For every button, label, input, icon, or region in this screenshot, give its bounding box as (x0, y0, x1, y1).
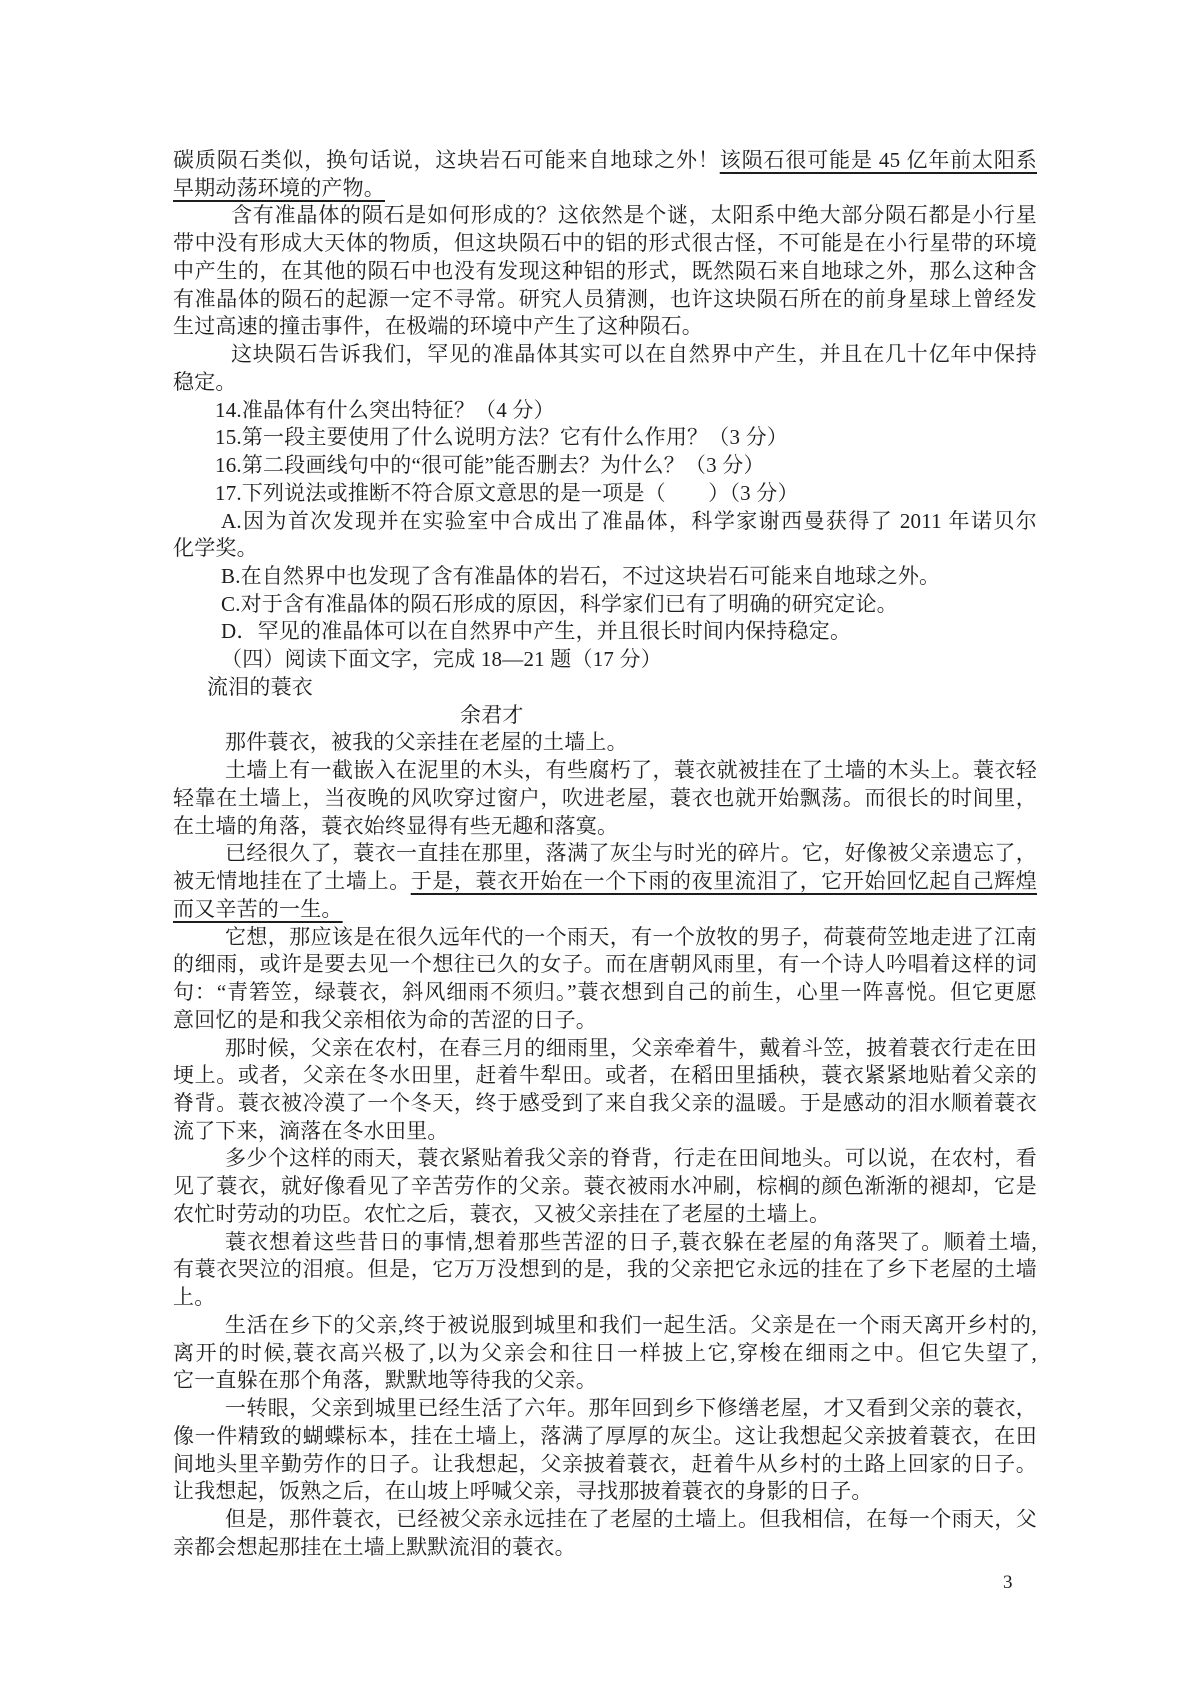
plain-text: 一转眼，父亲到城里已经生活了六年。那年回到乡下修缮老屋，才又看到父亲的蓑衣， (225, 1396, 1037, 1420)
plain-text: D．罕见的准晶体可以在自然界中产生，并且很长时间内保持稳定。 (221, 619, 851, 643)
plain-text: A.因为首次发现并在实验室中合成出了准晶体，科学家谢西曼获得了 2011 年诺贝… (221, 509, 1037, 533)
plain-text: 但是，那件蓑衣，已经被父亲永远挂在了老屋的土墙上。但我相信，在每一个雨天，父 (225, 1507, 1037, 1531)
plain-text: 流了下来，滴落在冬水田里。 (173, 1119, 449, 1143)
text-line: 那件蓑衣，被我的父亲挂在老屋的土墙上。 (173, 729, 1037, 757)
plain-text: 的细雨，或许是要去见一个想往已久的女子。而在唐朝风雨里，有一个诗人吟唱着这样的词 (173, 952, 1037, 976)
plain-text: 这块陨石告诉我们，罕见的准晶体其实可以在自然界中产生，并且在几十亿年中保持 (231, 342, 1037, 366)
plain-text: 让我想起，饭熟之后，在山坡上呼喊父亲，寻找那披着蓑衣的身影的日子。 (173, 1479, 873, 1503)
text-line: C.对于含有准晶体的陨石形成的原因，科学家们已有了明确的研究定论。 (173, 591, 1037, 619)
plain-text: 多少个这样的雨天，蓑衣紧贴着我父亲的脊背，行走在田间地头。可以说，在农村，看 (225, 1146, 1037, 1170)
plain-text: 17.下列说法或推断不符合原文意思的是一项是（ ）（3 分） (215, 481, 799, 505)
text-line: 意回忆的是和我父亲相依为命的苦涩的日子。 (173, 1007, 1037, 1035)
text-line: 有蓑衣哭泣的泪痕。但是，它万万没想到的是，我的父亲把它永远的挂在了乡下老屋的土墙 (173, 1256, 1037, 1284)
text-line: 脊背。蓑衣被冷漠了一个冬天，终于感受到了来自我父亲的温暖。于是感动的泪水顺着蓑衣 (173, 1090, 1037, 1118)
plain-text: 化学奖。 (173, 536, 258, 560)
text-line: 间地头里辛勤劳作的日子。让我想起，父亲披着蓑衣，赶着牛从乡村的土路上回家的日子。 (173, 1451, 1037, 1479)
plain-text: C.对于含有准晶体的陨石形成的原因，科学家们已有了明确的研究定论。 (221, 592, 898, 616)
text-line: 生过高速的撞击事件，在极端的环境中产生了这种陨石。 (173, 313, 1037, 341)
plain-text: B.在自然界中也发现了含有准晶体的岩石，不过这块岩石可能来自地球之外。 (221, 564, 940, 588)
text-line: 土墙上有一截嵌入在泥里的木头，有些腐朽了，蓑衣就被挂在了土墙的木头上。蓑衣轻 (173, 757, 1037, 785)
plain-text: 上。 (173, 1285, 215, 1309)
text-line: 见了蓑衣，就好像看见了辛苦劳作的父亲。蓑衣被雨水冲刷，棕榈的颜色渐渐的褪却，它是 (173, 1173, 1037, 1201)
plain-text: 生活在乡下的父亲,终于被说服到城里和我们一起生活。父亲是在一个雨天离开乡村的, (225, 1313, 1037, 1337)
plain-text: 见了蓑衣，就好像看见了辛苦劳作的父亲。蓑衣被雨水冲刷，棕榈的颜色渐渐的褪却，它是 (173, 1174, 1037, 1198)
plain-text: 被无情地挂在了土墙上。 (173, 869, 411, 893)
text-line: 让我想起，饭熟之后，在山坡上呼喊父亲，寻找那披着蓑衣的身影的日子。 (173, 1478, 1037, 1506)
text-line: 有准晶体的陨石的起源一定不寻常。研究人员猜测，也许这块陨石所在的前身星球上曾经发 (173, 286, 1037, 314)
text-line: D．罕见的准晶体可以在自然界中产生，并且很长时间内保持稳定。 (173, 618, 1037, 646)
plain-text: 稳定。 (173, 370, 237, 394)
plain-text: 那件蓑衣，被我的父亲挂在老屋的土墙上。 (225, 730, 628, 754)
text-line: 像一件精致的蝴蝶标本，挂在土墙上，落满了厚厚的灰尘。这让我想起父亲披着蓑衣，在田 (173, 1423, 1037, 1451)
text-line: 多少个这样的雨天，蓑衣紧贴着我父亲的脊背，行走在田间地头。可以说，在农村，看 (173, 1145, 1037, 1173)
plain-text: 有蓑衣哭泣的泪痕。但是，它万万没想到的是，我的父亲把它永远的挂在了乡下老屋的土墙 (173, 1257, 1037, 1281)
underlined-text: 早期动荡环境的产物。 (173, 176, 385, 200)
text-line: 被无情地挂在了土墙上。于是，蓑衣开始在一个下雨的夜里流泪了，它开始回忆起自己辉煌 (173, 868, 1037, 896)
plain-text: 15.第一段主要使用了什么说明方法？它有什么作用？（3 分） (215, 425, 788, 449)
plain-text: 意回忆的是和我父亲相依为命的苦涩的日子。 (173, 1008, 597, 1032)
plain-text: 离开的时候,蓑衣高兴极了,以为父亲会和往日一样披上它,穿梭在细雨之中。但它失望了… (173, 1341, 1037, 1365)
plain-text: 间地头里辛勤劳作的日子。让我想起，父亲披着蓑衣，赶着牛从乡村的土路上回家的日子。 (173, 1452, 1037, 1476)
plain-text: 土墙上有一截嵌入在泥里的木头，有些腐朽了，蓑衣就被挂在了土墙的木头上。蓑衣轻 (225, 758, 1037, 782)
text-line: 的细雨，或许是要去见一个想往已久的女子。而在唐朝风雨里，有一个诗人吟唱着这样的词 (173, 951, 1037, 979)
essay-title-line: 流泪的蓑衣 (173, 674, 1037, 702)
plain-text: 在土墙的角落，蓑衣始终显得有些无趣和落寞。 (173, 814, 618, 838)
plain-text: 14.准晶体有什么突出特征？（4 分） (215, 398, 555, 422)
plain-text: 那时候，父亲在农村，在春三月的细雨里，父亲牵着牛，戴着斗笠，披着蓑衣行走在田 (225, 1036, 1037, 1060)
text-line: 一转眼，父亲到城里已经生活了六年。那年回到乡下修缮老屋，才又看到父亲的蓑衣， (173, 1395, 1037, 1423)
plain-text: 句：“青箬笠，绿蓑衣，斜风细雨不须归。”蓑衣想到自己的前生，心里一阵喜悦。但它更… (173, 980, 1037, 1004)
plain-text: 流泪的蓑衣 (207, 675, 313, 699)
text-line: 离开的时候,蓑衣高兴极了,以为父亲会和往日一样披上它,穿梭在细雨之中。但它失望了… (173, 1340, 1037, 1368)
plain-text: 它一直躲在那个角落，默默地等待我的父亲。 (173, 1368, 597, 1392)
plain-text: 已经很久了，蓑衣一直挂在那里，落满了灰尘与时光的碎片。它，好像被父亲遗忘了， (225, 841, 1037, 865)
page-number: 3 (1003, 1570, 1013, 1596)
text-line: 碳质陨石类似，换句话说，这块岩石可能来自地球之外！该陨石很可能是 45 亿年前太… (173, 147, 1037, 175)
text-line: 句：“青箬笠，绿蓑衣，斜风细雨不须归。”蓑衣想到自己的前生，心里一阵喜悦。但它更… (173, 979, 1037, 1007)
plain-text: 中产生的，在其他的陨石中也没有发现这种铝的形式，既然陨石来自地球之外，那么这种含 (173, 259, 1037, 283)
text-block: 碳质陨石类似，换句话说，这块岩石可能来自地球之外！该陨石很可能是 45 亿年前太… (173, 147, 1037, 1561)
plain-text: 它想，那应该是在很久远年代的一个雨天，有一个放牧的男子，荷蓑荷笠地走进了江南 (225, 925, 1037, 949)
plain-text: 生过高速的撞击事件，在极端的环境中产生了这种陨石。 (173, 314, 703, 338)
underlined-text: 该陨石很可能是 45 亿年前太阳系 (720, 148, 1037, 172)
text-line: 埂上。或者，父亲在冬水田里，赶着牛犁田。或者，在稻田里插秧，蓑衣紧紧地贴着父亲的 (173, 1062, 1037, 1090)
text-line: 14.准晶体有什么突出特征？（4 分） (173, 397, 1037, 425)
text-line: B.在自然界中也发现了含有准晶体的岩石，不过这块岩石可能来自地球之外。 (173, 563, 1037, 591)
text-line: 上。 (173, 1284, 1037, 1312)
text-line: 那时候，父亲在农村，在春三月的细雨里，父亲牵着牛，戴着斗笠，披着蓑衣行走在田 (173, 1035, 1037, 1063)
text-line: 稳定。 (173, 369, 1037, 397)
text-line: 它想，那应该是在很久远年代的一个雨天，有一个放牧的男子，荷蓑荷笠地走进了江南 (173, 924, 1037, 952)
document-page: 碳质陨石类似，换句话说，这块岩石可能来自地球之外！该陨石很可能是 45 亿年前太… (0, 0, 1200, 1698)
plain-text: 轻靠在土墙上，当夜晚的风吹穿过窗户，吹进老屋，蓑衣也就开始飘荡。而很长的时间里， (173, 786, 1037, 810)
text-line: 这块陨石告诉我们，罕见的准晶体其实可以在自然界中产生，并且在几十亿年中保持 (173, 341, 1037, 369)
text-line: 16.第二段画线句中的“很可能”能否删去？为什么？（3 分） (173, 452, 1037, 480)
text-line: 农忙时劳动的功臣。农忙之后，蓑衣，又被父亲挂在了老屋的土墙上。 (173, 1201, 1037, 1229)
text-line: 而又辛苦的一生。 (173, 896, 1037, 924)
text-line: 轻靠在土墙上，当夜晚的风吹穿过窗户，吹进老屋，蓑衣也就开始飘荡。而很长的时间里， (173, 785, 1037, 813)
text-line: A.因为首次发现并在实验室中合成出了准晶体，科学家谢西曼获得了 2011 年诺贝… (173, 508, 1037, 536)
text-line: 亲都会想起那挂在土墙上默默流泪的蓑衣。 (173, 1534, 1037, 1562)
text-line: 它一直躲在那个角落，默默地等待我的父亲。 (173, 1367, 1037, 1395)
plain-text: 亲都会想起那挂在土墙上默默流泪的蓑衣。 (173, 1535, 576, 1559)
underlined-text: 而又辛苦的一生。 (173, 897, 343, 921)
text-line: 含有准晶体的陨石是如何形成的？这依然是个谜，太阳系中绝大部分陨石都是小行星 (173, 202, 1037, 230)
text-line: 流了下来，滴落在冬水田里。 (173, 1118, 1037, 1146)
text-line: 但是，那件蓑衣，已经被父亲永远挂在了老屋的土墙上。但我相信，在每一个雨天，父 (173, 1506, 1037, 1534)
text-line: 带中没有形成大天体的物质，但这块陨石中的铝的形式很古怪，不可能是在小行星带的环境 (173, 230, 1037, 258)
text-line: 化学奖。 (173, 535, 1037, 563)
text-line: 15.第一段主要使用了什么说明方法？它有什么作用？（3 分） (173, 424, 1037, 452)
plain-text: 有准晶体的陨石的起源一定不寻常。研究人员猜测，也许这块陨石所在的前身星球上曾经发 (173, 287, 1037, 311)
text-line: 在土墙的角落，蓑衣始终显得有些无趣和落寞。 (173, 813, 1037, 841)
plain-text: 像一件精致的蝴蝶标本，挂在土墙上，落满了厚厚的灰尘。这让我想起父亲披着蓑衣，在田 (173, 1424, 1037, 1448)
plain-text: 脊背。蓑衣被冷漠了一个冬天，终于感受到了来自我父亲的温暖。于是感动的泪水顺着蓑衣 (173, 1091, 1037, 1115)
underlined-text: 于是，蓑衣开始在一个下雨的夜里流泪了，它开始回忆起自己辉煌 (411, 869, 1037, 893)
plain-text: （四）阅读下面文字，完成 18—21 题（17 分） (221, 647, 662, 671)
text-line: 生活在乡下的父亲,终于被说服到城里和我们一起生活。父亲是在一个雨天离开乡村的, (173, 1312, 1037, 1340)
text-line: 早期动荡环境的产物。 (173, 175, 1037, 203)
plain-text: 含有准晶体的陨石是如何形成的？这依然是个谜，太阳系中绝大部分陨石都是小行星 (231, 203, 1037, 227)
text-line: （四）阅读下面文字，完成 18—21 题（17 分） (173, 646, 1037, 674)
plain-text: 埂上。或者，父亲在冬水田里，赶着牛犁田。或者，在稻田里插秧，蓑衣紧紧地贴着父亲的 (173, 1063, 1037, 1087)
text-line: 17.下列说法或推断不符合原文意思的是一项是（ ）（3 分） (173, 480, 1037, 508)
plain-text: 碳质陨石类似，换句话说，这块岩石可能来自地球之外！ (173, 148, 720, 172)
plain-text: 余君才 (460, 703, 524, 727)
plain-text: 蓑衣想着这些昔日的事情,想着那些苦涩的日子,蓑衣躲在老屋的角落哭了。顺着土墙, (225, 1230, 1037, 1254)
text-line: 中产生的，在其他的陨石中也没有发现这种铝的形式，既然陨石来自地球之外，那么这种含 (173, 258, 1037, 286)
plain-text: 农忙时劳动的功臣。农忙之后，蓑衣，又被父亲挂在了老屋的土墙上。 (173, 1202, 830, 1226)
plain-text: 带中没有形成大天体的物质，但这块陨石中的铝的形式很古怪，不可能是在小行星带的环境 (173, 231, 1037, 255)
text-line: 已经很久了，蓑衣一直挂在那里，落满了灰尘与时光的碎片。它，好像被父亲遗忘了， (173, 840, 1037, 868)
essay-author-line: 余君才 (173, 702, 1037, 730)
plain-text: 16.第二段画线句中的“很可能”能否删去？为什么？（3 分） (215, 453, 765, 477)
text-line: 蓑衣想着这些昔日的事情,想着那些苦涩的日子,蓑衣躲在老屋的角落哭了。顺着土墙, (173, 1229, 1037, 1257)
